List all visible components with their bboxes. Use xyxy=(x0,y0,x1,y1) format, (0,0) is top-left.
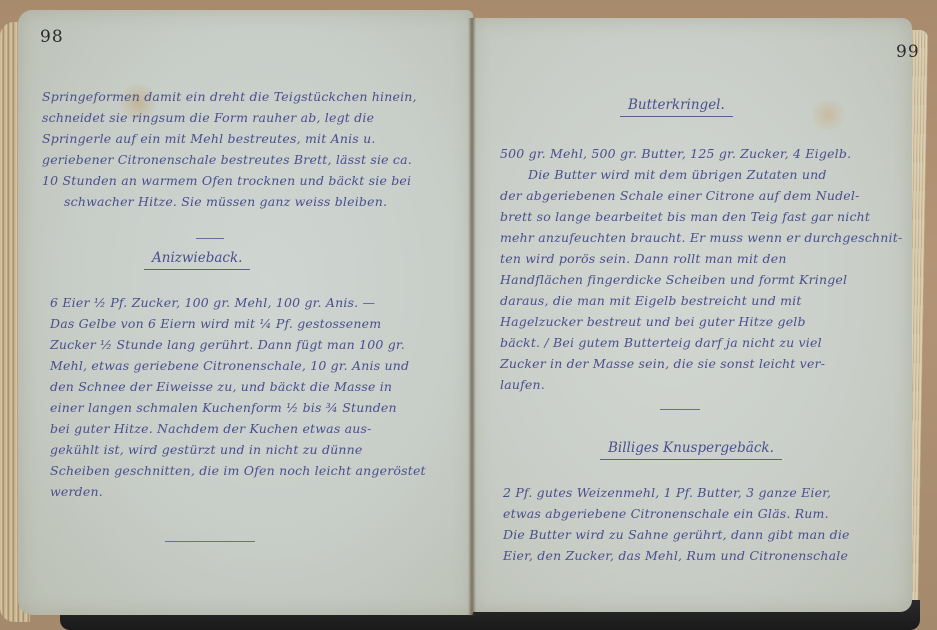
recipe-body-knuspergebaeck: 2 Pf. gutes Weizenmehl, 1 Pf. Butter, 3 … xyxy=(503,482,850,566)
text-line: geriebener Citronenschale bestreutes Bre… xyxy=(42,149,417,170)
text-line: Das Gelbe von 6 Eiern wird mit ¼ Pf. ges… xyxy=(50,313,426,334)
separator-dash xyxy=(196,238,224,239)
text-line: bäckt. / Bei gutem Butterteig darf ja ni… xyxy=(500,332,902,353)
recipe-title-butterkringel: Butterkringel. xyxy=(620,97,733,117)
text-line: 10 Stunden an warmem Ofen trocknen und b… xyxy=(42,170,417,191)
text-line: gekühlt ist, wird gestürzt und in nicht … xyxy=(50,439,426,460)
text-line: Springerle auf ein mit Mehl bestreutes, … xyxy=(42,128,417,149)
open-recipe-book: 98 Springeformen damit ein dreht die Tei… xyxy=(0,0,937,630)
text-line: Scheiben geschnitten, die im Ofen noch l… xyxy=(50,460,426,481)
text-line: brett so lange bearbeitet bis man den Te… xyxy=(500,206,902,227)
separator-dash xyxy=(660,409,700,410)
text-line: Zucker in der Masse sein, die sie sonst … xyxy=(500,353,902,374)
continuation-text: Springeformen damit ein dreht die Teigst… xyxy=(42,86,417,212)
page-number-left: 98 xyxy=(40,27,64,47)
text-line: laufen. xyxy=(500,374,902,395)
text-line: mehr anzufeuchten braucht. Er muss wenn … xyxy=(500,227,902,248)
text-line: bei guter Hitze. Nachdem der Kuchen etwa… xyxy=(50,418,426,439)
text-line: 2 Pf. gutes Weizenmehl, 1 Pf. Butter, 3 … xyxy=(503,482,850,503)
recipe-title-anizwieback: Anizwieback. xyxy=(144,250,250,270)
text-line: Die Butter wird zu Sahne gerührt, dann g… xyxy=(503,524,850,545)
text-line: Handflächen fingerdicke Scheiben und for… xyxy=(500,269,902,290)
text-line: 6 Eier ½ Pf. Zucker, 100 gr. Mehl, 100 g… xyxy=(50,292,426,313)
text-line: den Schnee der Eiweisse zu, und bäckt di… xyxy=(50,376,426,397)
text-line: Hagelzucker bestreut und bei guter Hitze… xyxy=(500,311,902,332)
text-line: Die Butter wird mit dem übrigen Zutaten … xyxy=(500,164,902,185)
text-line: einer langen schmalen Kuchenform ½ bis ¾… xyxy=(50,397,426,418)
recipe-body-butterkringel: 500 gr. Mehl, 500 gr. Butter, 125 gr. Zu… xyxy=(500,143,902,395)
page-number-right: 99 xyxy=(896,42,920,62)
text-line: Springeformen damit ein dreht die Teigst… xyxy=(42,86,417,107)
text-line: Eier, den Zucker, das Mehl, Rum und Citr… xyxy=(503,545,850,566)
text-line: der abgeriebenen Schale einer Citrone au… xyxy=(500,185,902,206)
text-line: schneidet sie ringsum die Form rauher ab… xyxy=(42,107,417,128)
text-line: daraus, die man mit Eigelb bestreicht un… xyxy=(500,290,902,311)
recipe-body-anizwieback: 6 Eier ½ Pf. Zucker, 100 gr. Mehl, 100 g… xyxy=(50,292,426,502)
text-line: Zucker ½ Stunde lang gerührt. Dann fügt … xyxy=(50,334,426,355)
text-line: Mehl, etwas geriebene Citronenschale, 10… xyxy=(50,355,426,376)
book-gutter xyxy=(468,18,476,616)
separator-dash xyxy=(165,541,255,542)
text-line: 500 gr. Mehl, 500 gr. Butter, 125 gr. Zu… xyxy=(500,143,902,164)
text-line: ten wird porös sein. Dann rollt man mit … xyxy=(500,248,902,269)
text-line: werden. xyxy=(50,481,426,502)
text-line: etwas abgeriebene Citronenschale ein Glä… xyxy=(503,503,850,524)
recipe-title-billiges-knuspergebaeck: Billiges Knuspergebäck. xyxy=(600,440,782,460)
paper-stain xyxy=(808,100,848,130)
text-line: schwacher Hitze. Sie müssen ganz weiss b… xyxy=(42,191,417,212)
